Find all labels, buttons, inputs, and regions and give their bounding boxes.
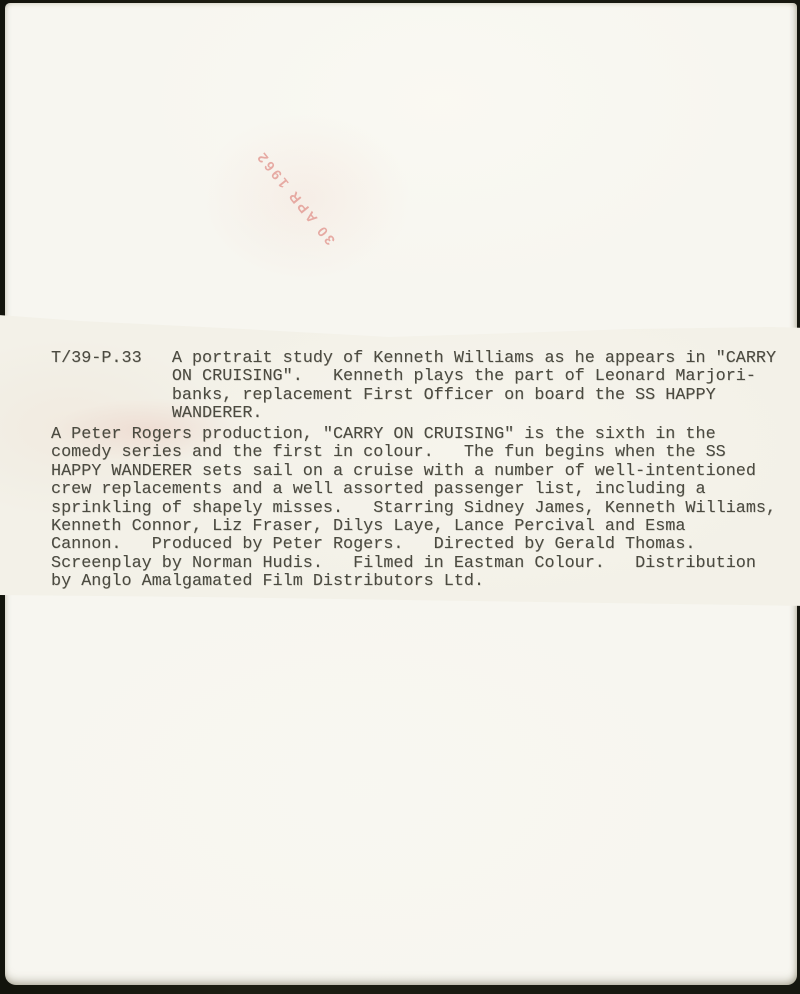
caption-reference-paragraph: T/39-P.33 A portrait study of Kenneth Wi…: [51, 350, 776, 424]
date-stamp: 30 APR 1962: [241, 134, 349, 262]
press-photo-back-scan: { "window": { "width": 800, "height": 99…: [0, 0, 800, 994]
caption-body-paragraph: A Peter Rogers production, "CARRY ON CRU…: [51, 426, 776, 592]
photo-paper-back: 30 APR 1962 T/39-P.33 A portrait study o…: [5, 3, 797, 985]
